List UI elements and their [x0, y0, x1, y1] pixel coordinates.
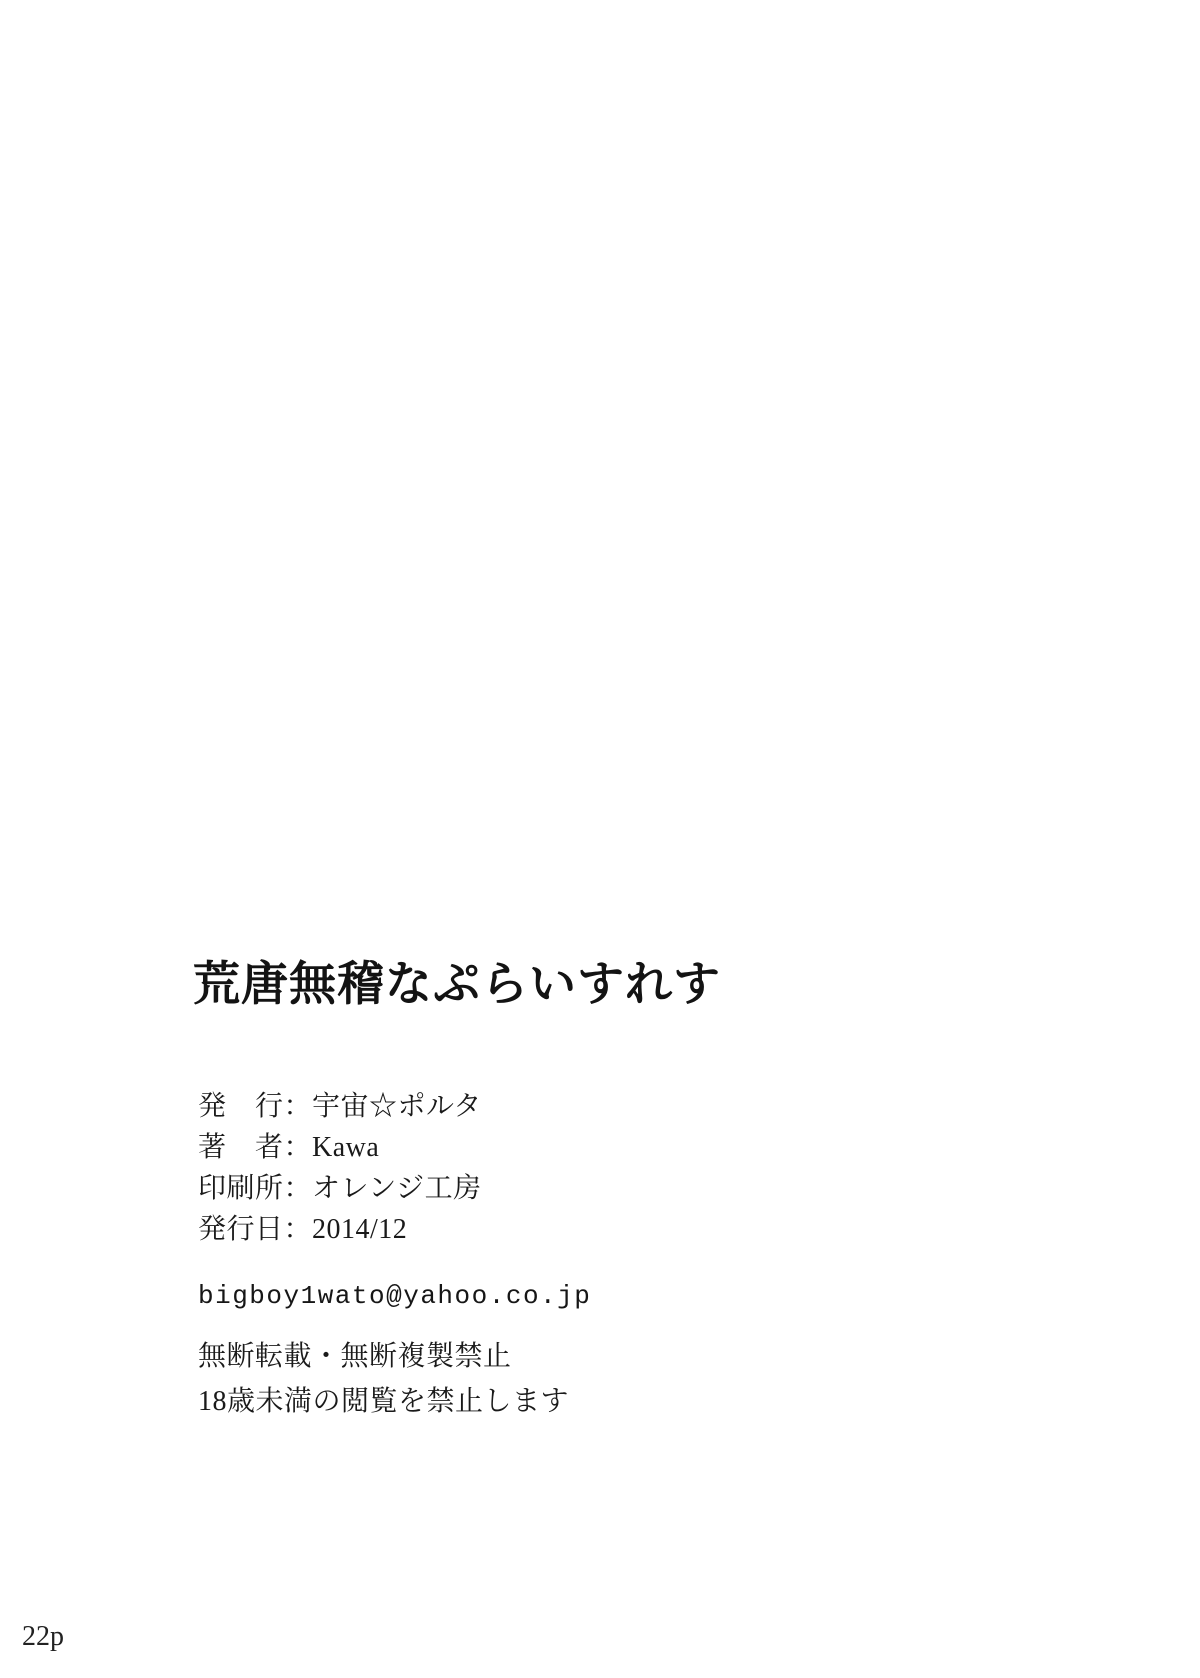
- publish-date-line: 発行日：2014/12: [198, 1209, 482, 1250]
- page-number: 22p: [22, 1621, 64, 1653]
- credits-block: 発 行：宇宙☆ポルタ 著 者：Kawa 印刷所：オレンジ工房 発行日：2014/…: [198, 1086, 482, 1250]
- author-line: 著 者：Kawa: [198, 1127, 482, 1168]
- printer-line: 印刷所：オレンジ工房: [198, 1168, 482, 1209]
- notices-block: 無断転載・無断複製禁止 18歳未満の閲覧を禁止します: [198, 1334, 569, 1424]
- age-restriction-notice: 18歳未満の閲覧を禁止します: [198, 1379, 569, 1424]
- no-reproduction-notice: 無断転載・無断複製禁止: [198, 1334, 569, 1379]
- publisher-line: 発 行：宇宙☆ポルタ: [198, 1086, 482, 1127]
- doujin-title: 荒唐無稽なぷらいすれす: [193, 958, 721, 1012]
- colophon-page: 荒唐無稽なぷらいすれす 発 行：宇宙☆ポルタ 著 者：Kawa 印刷所：オレンジ…: [0, 0, 1200, 1678]
- contact-email: bigboy1wato@yahoo.co.jp: [198, 1281, 591, 1311]
